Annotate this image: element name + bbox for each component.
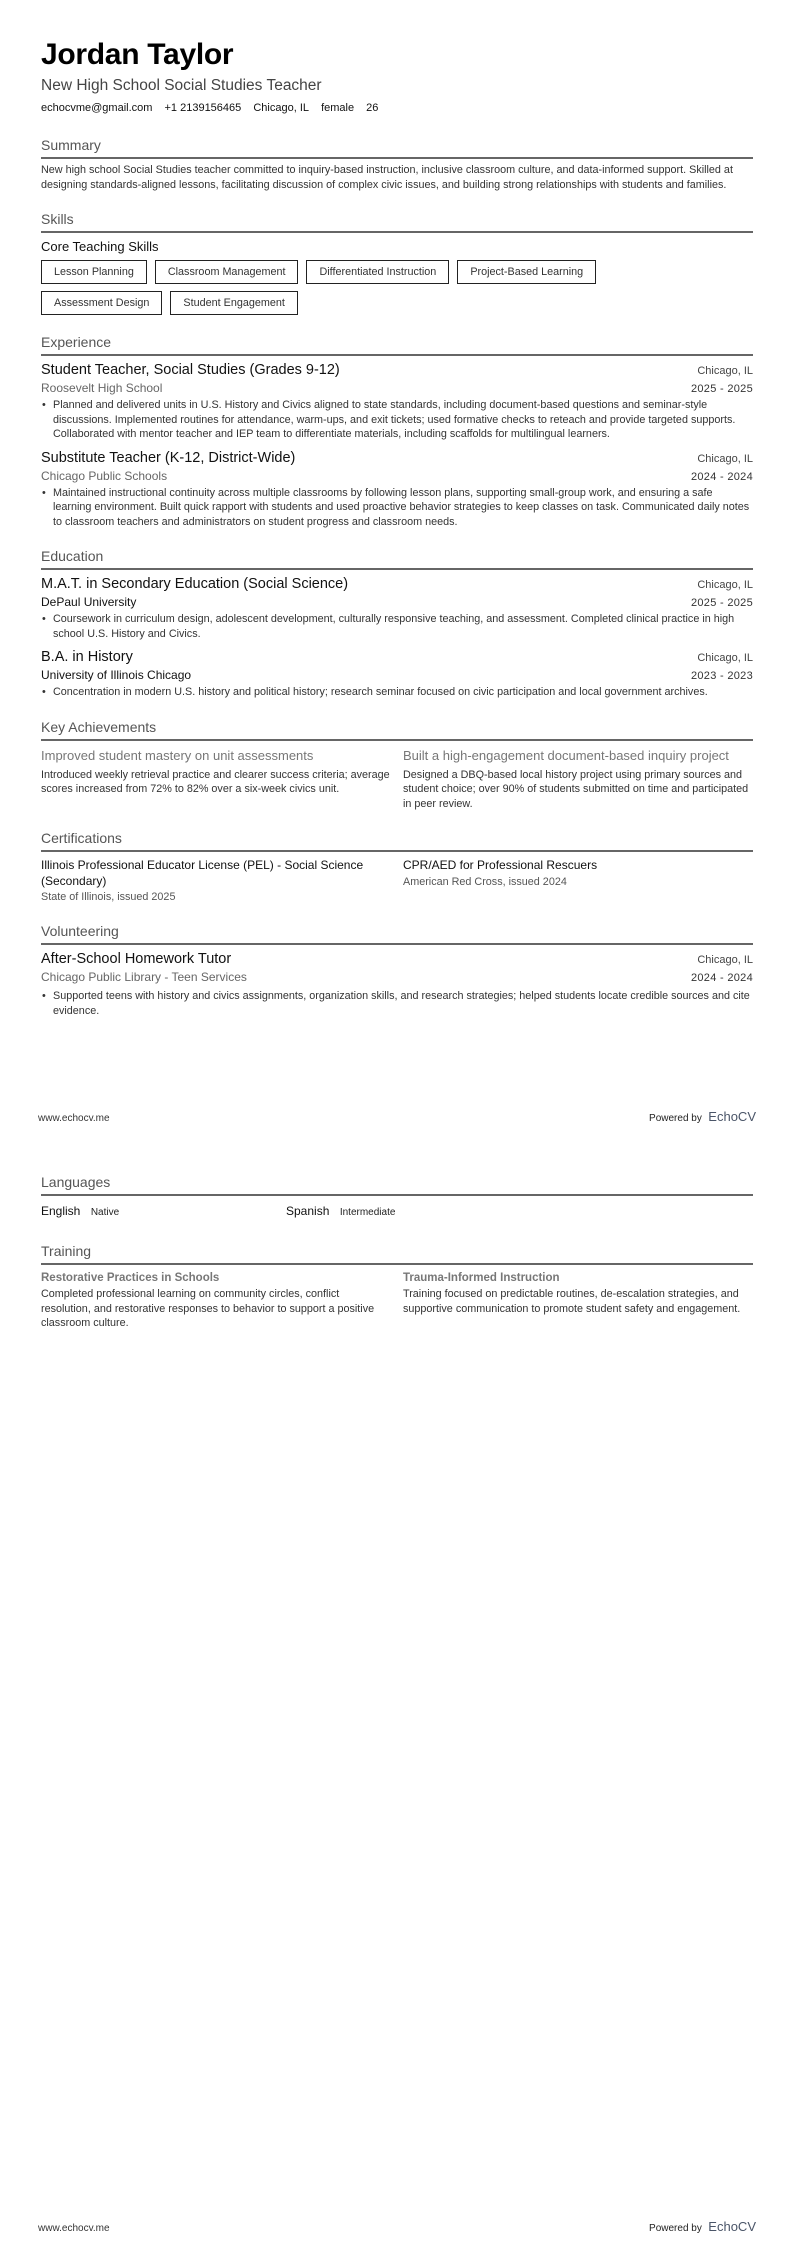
contact-info: echocvme@gmail.com +1 2139156465 Chicago… xyxy=(41,101,753,115)
training-item: Trauma-Informed Instruction Training foc… xyxy=(403,1271,753,1331)
volunteer-dates: 2024 - 2024 xyxy=(691,972,753,984)
header: Jordan Taylor New High School Social Stu… xyxy=(41,38,753,115)
section-title-achievements: Key Achievements xyxy=(41,718,753,741)
page-footer: www.echocv.me Powered by EchoCV xyxy=(38,2218,756,2236)
section-title-languages: Languages xyxy=(41,1173,753,1196)
contact-phone[interactable]: +1 2139156465 xyxy=(165,102,242,114)
skill-tag: Assessment Design xyxy=(41,291,162,315)
experience-section: Experience Student Teacher, Social Studi… xyxy=(41,333,753,529)
achievement-title: Built a high-engagement document-based i… xyxy=(403,747,753,764)
language-level: Intermediate xyxy=(340,1207,396,1218)
contact-gender: female xyxy=(321,102,354,114)
contact-email[interactable]: echocvme@gmail.com xyxy=(41,102,152,114)
skill-tag: Differentiated Instruction xyxy=(306,260,449,284)
experience-entry: Student Teacher, Social Studies (Grades … xyxy=(41,361,753,442)
summary-text: New high school Social Studies teacher c… xyxy=(41,163,753,192)
section-title-summary: Summary xyxy=(41,136,753,159)
training-text: Training focused on predictable routines… xyxy=(403,1287,753,1316)
skill-tag: Classroom Management xyxy=(155,260,299,284)
education-dates: 2025 - 2025 xyxy=(691,597,753,609)
skills-section: Skills Core Teaching Skills Lesson Plann… xyxy=(41,210,753,315)
skill-tags: Lesson Planning Classroom Management Dif… xyxy=(41,260,661,315)
training-title: Restorative Practices in Schools xyxy=(41,1271,391,1286)
job-location: Chicago, IL xyxy=(697,365,753,377)
school-name: University of Illinois Chicago xyxy=(41,667,191,683)
job-location: Chicago, IL xyxy=(697,453,753,465)
candidate-name: Jordan Taylor xyxy=(41,38,753,72)
volunteer-role: After-School Homework Tutor xyxy=(41,950,231,969)
powered-by-label: Powered by xyxy=(649,1113,702,1124)
training-section: Training Restorative Practices in School… xyxy=(41,1242,753,1331)
certifications-section: Certifications Illinois Professional Edu… xyxy=(41,829,753,904)
achievement-item: Built a high-engagement document-based i… xyxy=(403,747,753,812)
skill-tag: Student Engagement xyxy=(170,291,297,315)
education-bullet: Coursework in curriculum design, adolesc… xyxy=(53,612,753,641)
summary-section: Summary New high school Social Studies t… xyxy=(41,136,753,192)
education-dates: 2023 - 2023 xyxy=(691,670,753,682)
section-title-training: Training xyxy=(41,1242,753,1265)
degree: M.A.T. in Secondary Education (Social Sc… xyxy=(41,575,348,594)
certification-issuer: American Red Cross, issued 2024 xyxy=(403,875,753,889)
volunteer-location: Chicago, IL xyxy=(697,954,753,966)
job-dates: 2024 - 2024 xyxy=(691,471,753,483)
achievements-section: Key Achievements Improved student master… xyxy=(41,718,753,812)
section-title-education: Education xyxy=(41,547,753,570)
volunteering-section: Volunteering After-School Homework Tutor… xyxy=(41,922,753,1018)
powered-by: Powered by EchoCV xyxy=(649,2218,756,2236)
education-section: Education M.A.T. in Secondary Education … xyxy=(41,547,753,700)
resume-page-1: Jordan Taylor New High School Social Stu… xyxy=(41,38,753,1018)
section-title-volunteering: Volunteering xyxy=(41,922,753,945)
certification-item: CPR/AED for Professional Rescuers Americ… xyxy=(403,858,753,904)
degree: B.A. in History xyxy=(41,648,133,667)
job-title: Student Teacher, Social Studies (Grades … xyxy=(41,361,340,380)
school-name: DePaul University xyxy=(41,594,136,610)
certification-title: CPR/AED for Professional Rescuers xyxy=(403,858,753,874)
school-location: Chicago, IL xyxy=(697,579,753,591)
language-name: Spanish xyxy=(286,1204,329,1218)
page-footer: www.echocv.me Powered by EchoCV xyxy=(38,1108,756,1126)
section-title-experience: Experience xyxy=(41,333,753,356)
section-title-skills: Skills xyxy=(41,210,753,233)
achievement-item: Improved student mastery on unit assessm… xyxy=(41,747,391,812)
education-entry: B.A. in History Chicago, IL University o… xyxy=(41,648,753,700)
job-employer: Roosevelt High School xyxy=(41,380,162,396)
job-employer: Chicago Public Schools xyxy=(41,468,167,484)
footer-url-link[interactable]: www.echocv.me xyxy=(38,1113,110,1124)
contact-location: Chicago, IL xyxy=(253,102,309,114)
echocv-brand-link[interactable]: EchoCV xyxy=(708,1109,756,1124)
section-title-certifications: Certifications xyxy=(41,829,753,852)
volunteer-bullet: Supported teens with history and civics … xyxy=(53,989,753,1018)
job-title: Substitute Teacher (K-12, District-Wide) xyxy=(41,449,295,468)
skill-tag: Project-Based Learning xyxy=(457,260,596,284)
language-item: English Native xyxy=(41,1202,286,1220)
language-level: Native xyxy=(91,1207,119,1218)
contact-age: 26 xyxy=(366,102,378,114)
powered-by-label: Powered by xyxy=(649,2223,702,2234)
education-entry: M.A.T. in Secondary Education (Social Sc… xyxy=(41,575,753,641)
language-name: English xyxy=(41,1204,80,1218)
certification-issuer: State of Illinois, issued 2025 xyxy=(41,890,391,904)
job-bullet: Maintained instructional continuity acro… xyxy=(53,486,753,530)
skill-category: Core Teaching Skills xyxy=(41,238,753,255)
echocv-brand-link[interactable]: EchoCV xyxy=(708,2219,756,2234)
job-dates: 2025 - 2025 xyxy=(691,383,753,395)
footer-url-link[interactable]: www.echocv.me xyxy=(38,2223,110,2234)
achievement-text: Designed a DBQ-based local history proje… xyxy=(403,768,753,812)
certification-title: Illinois Professional Educator License (… xyxy=(41,858,391,889)
training-title: Trauma-Informed Instruction xyxy=(403,1271,753,1286)
certification-item: Illinois Professional Educator License (… xyxy=(41,858,391,904)
powered-by: Powered by EchoCV xyxy=(649,1108,756,1126)
school-location: Chicago, IL xyxy=(697,652,753,664)
candidate-headline: New High School Social Studies Teacher xyxy=(41,76,753,96)
training-text: Completed professional learning on commu… xyxy=(41,1287,391,1331)
achievement-title: Improved student mastery on unit assessm… xyxy=(41,747,391,764)
languages-section: Languages English Native Spanish Interme… xyxy=(41,1173,753,1220)
experience-entry: Substitute Teacher (K-12, District-Wide)… xyxy=(41,449,753,530)
achievement-text: Introduced weekly retrieval practice and… xyxy=(41,768,391,797)
job-bullet: Planned and delivered units in U.S. Hist… xyxy=(53,398,753,442)
volunteering-entry: After-School Homework Tutor Chicago, IL … xyxy=(41,950,753,1018)
volunteer-org: Chicago Public Library - Teen Services xyxy=(41,969,247,985)
resume-page-2: Languages English Native Spanish Interme… xyxy=(41,1173,753,1331)
skill-tag: Lesson Planning xyxy=(41,260,147,284)
language-item: Spanish Intermediate xyxy=(286,1202,531,1220)
education-bullet: Concentration in modern U.S. history and… xyxy=(53,685,753,700)
training-item: Restorative Practices in Schools Complet… xyxy=(41,1271,391,1331)
